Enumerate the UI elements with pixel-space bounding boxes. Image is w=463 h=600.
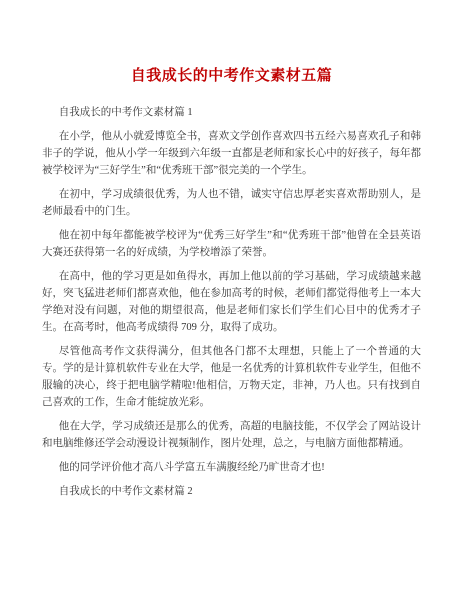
paragraph: 在高中，他的学习更是如鱼得水，再加上他以前的学习基础，学习成绩越来越好，突飞猛进… [42,268,421,336]
document-page: 自我成长的中考作文素材五篇 自我成长的中考作文素材篇 1 在小学，他从小就爱博览… [0,0,463,600]
document-title: 自我成长的中考作文素材五篇 [42,66,421,86]
paragraph: 在初中，学习成绩很优秀，为人也不错，诚实守信忠厚老实喜欢帮助别人，是老师最看中的… [42,186,421,220]
section-heading-2: 自我成长的中考作文素材篇 2 [42,483,421,500]
paragraph: 尽管他高考作文获得满分，但其他各门都不太理想，只能上了一个普通的大专。学的是计算… [42,343,421,411]
paragraph: 在小学，他从小就爱博览全书，喜欢文学创作喜欢四书五经六易喜欢孔子和韩非子的学说，… [42,128,421,179]
section-heading-1: 自我成长的中考作文素材篇 1 [42,104,421,121]
paragraph: 他在大学，学习成绩还是那么的优秀，高超的电脑技能，不仅学会了网站设计和电脑维修还… [42,418,421,452]
paragraph: 他的同学评价他才高八斗学富五车满腹经纶乃旷世奇才也! [42,459,421,476]
paragraph: 他在初中每年都能被学校评为“优秀三好学生”和“优秀班干部”他曾在全县英语大赛还获… [42,227,421,261]
